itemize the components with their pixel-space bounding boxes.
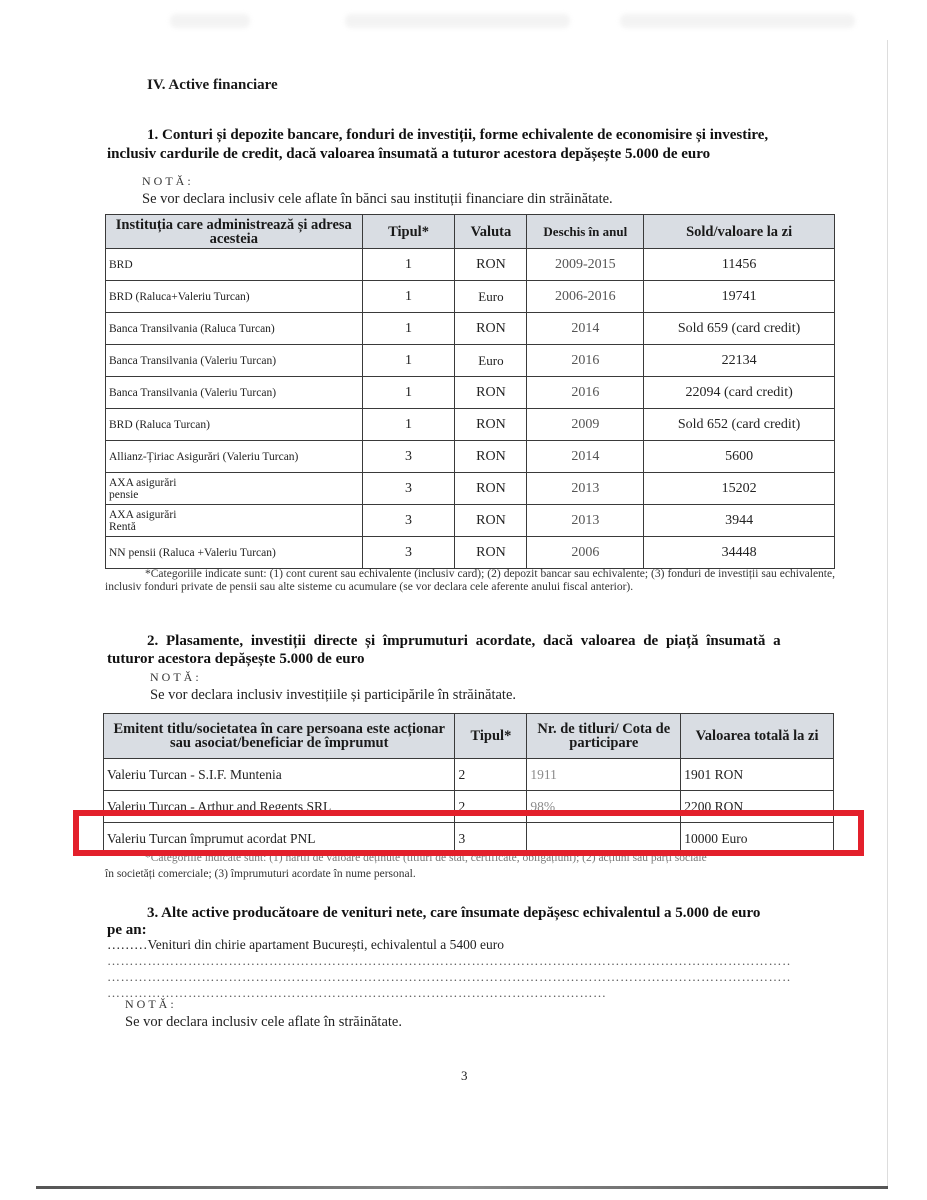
sub2-nota-text: Se vor declara inclusiv investițiile și … [150, 687, 516, 704]
cell-anul: 2014 [527, 441, 644, 473]
cell-valoare: 10000 Euro [681, 823, 834, 855]
cell-institutia-line1: AXA asigurări [109, 477, 359, 489]
cell-anul: 2013 [527, 505, 644, 537]
accounts-table: Instituția care administrează și adresa … [105, 214, 835, 569]
cell-tipul: 1 [362, 377, 455, 409]
page-number: 3 [461, 1068, 468, 1084]
sub1-nota-text: Se vor declara inclusiv cele aflate în b… [142, 191, 613, 208]
cell-anul: 2006-2016 [527, 281, 644, 313]
cell-anul: 2009-2015 [527, 249, 644, 281]
cell-tipul: 1 [362, 409, 455, 441]
cell-anul: 2006 [527, 537, 644, 569]
cell-tipul: 1 [362, 249, 455, 281]
table-row: AXA asigurăriRentă3RON20133944 [106, 505, 835, 537]
cell-sold: 5600 [644, 441, 835, 473]
header-anul: Deschis în anul [527, 215, 644, 249]
cell-nr [527, 823, 681, 855]
investments-table: Emitent titlu/societatea în care persoan… [103, 713, 834, 855]
sub3-nota-label: NOTĂ: [125, 997, 177, 1012]
cell-institutia: NN pensii (Raluca +Valeriu Turcan) [106, 537, 363, 569]
cell-institutia: Allianz-Țiriac Asigurări (Valeriu Turcan… [106, 441, 363, 473]
cell-institutia: AXA asigurăripensie [106, 473, 363, 505]
sub3-heading-line1: 3. Alte active producătoare de venituri … [147, 905, 760, 922]
cell-institutia: BRD (Raluca+Valeriu Turcan) [106, 281, 363, 313]
cell-valuta: RON [455, 249, 527, 281]
cell-tipul: 3 [362, 505, 455, 537]
cell-sold: 22134 [644, 345, 835, 377]
cell-anul: 2013 [527, 473, 644, 505]
sub1-nota-label: NOTĂ: [142, 174, 194, 189]
dotted-line: …………………………………………………………………………………………………………… [107, 953, 792, 969]
cell-emitent: Valeriu Turcan - Arthur and Regents SRL [104, 791, 455, 823]
cell-valuta: RON [455, 473, 527, 505]
cell-institutia: BRD (Raluca Turcan) [106, 409, 363, 441]
cell-sold: 34448 [644, 537, 835, 569]
table-row: Allianz-Țiriac Asigurări (Valeriu Turcan… [106, 441, 835, 473]
cell-sold: 22094 (card credit) [644, 377, 835, 409]
table-row: BRD (Raluca Turcan)1RON2009Sold 652 (car… [106, 409, 835, 441]
scan-smudge [345, 14, 570, 28]
sub3-nota-text: Se vor declara inclusiv cele aflate în s… [125, 1014, 402, 1031]
cell-anul: 2009 [527, 409, 644, 441]
header-tipul: Tipul* [362, 215, 455, 249]
cell-valuta: RON [455, 441, 527, 473]
cell-tipul: 2 [455, 791, 527, 823]
cell-institutia-line2: Rentă [109, 521, 359, 533]
scan-smudge [620, 14, 855, 28]
table-row: Banca Transilvania (Valeriu Turcan)1RON2… [106, 377, 835, 409]
sub1-heading-line2: inclusiv cardurile de credit, dacă valoa… [107, 146, 710, 163]
cell-anul: 2014 [527, 313, 644, 345]
table-row: Banca Transilvania (Valeriu Turcan)1Euro… [106, 345, 835, 377]
cell-nr: 1911 [527, 759, 681, 791]
header-valuta: Valuta [455, 215, 527, 249]
table-row: AXA asigurăripensie3RON201315202 [106, 473, 835, 505]
cell-tipul: 3 [455, 823, 527, 855]
table-row: BRD (Raluca+Valeriu Turcan)1Euro2006-201… [106, 281, 835, 313]
cell-valuta: Euro [455, 345, 527, 377]
sub2-nota-label: NOTĂ: [150, 670, 202, 685]
cell-tipul: 1 [362, 313, 455, 345]
dotted-line: …………………………………………………………………………………………………………… [107, 985, 607, 1001]
cell-valoare: 1901 RON [681, 759, 834, 791]
sub2-heading-line1: 2. Plasamente, investiții directe și împ… [147, 633, 781, 650]
cell-institutia: BRD [106, 249, 363, 281]
header-institutia: Instituția care administrează și adresa … [106, 215, 363, 249]
sub2-heading-line2: tuturor acestora depășește 5.000 de euro [107, 651, 364, 668]
cell-valoare: 2200 RON [681, 791, 834, 823]
table-row: BRD1RON2009-201511456 [106, 249, 835, 281]
sub1-heading-line1: 1. Conturi și depozite bancare, fonduri … [147, 127, 768, 144]
cell-valuta: RON [455, 537, 527, 569]
cell-tipul: 2 [455, 759, 527, 791]
table-row: Valeriu Turcan - Arthur and Regents SRL … [104, 791, 834, 823]
cell-sold: 3944 [644, 505, 835, 537]
cell-sold: 15202 [644, 473, 835, 505]
cell-valuta: RON [455, 409, 527, 441]
header-tipul: Tipul* [455, 714, 527, 759]
cell-institutia-line2: pensie [109, 489, 359, 501]
cell-institutia: AXA asigurăriRentă [106, 505, 363, 537]
header-sold: Sold/valoare la zi [644, 215, 835, 249]
page-bottom-edge [36, 1186, 888, 1189]
cell-valuta: RON [455, 505, 527, 537]
sub1-footnote: *Categoriile indicate sunt: (1) cont cur… [105, 568, 835, 594]
cell-sold: Sold 659 (card credit) [644, 313, 835, 345]
cell-nr: 98% [527, 791, 681, 823]
cell-emitent: Valeriu Turcan împrumut acordat PNL [104, 823, 455, 855]
header-valoare: Valoarea totală la zi [681, 714, 834, 759]
page-edge [887, 40, 888, 1188]
cell-tipul: 3 [362, 441, 455, 473]
cell-anul: 2016 [527, 345, 644, 377]
cell-anul: 2016 [527, 377, 644, 409]
cell-emitent: Valeriu Turcan - S.I.F. Muntenia [104, 759, 455, 791]
table-row: NN pensii (Raluca +Valeriu Turcan)3RON20… [106, 537, 835, 569]
cell-sold: 11456 [644, 249, 835, 281]
scan-smudge [170, 14, 250, 28]
table-row: Valeriu Turcan - S.I.F. Muntenia 2 1911 … [104, 759, 834, 791]
sub3-entry: ………Venituri din chirie apartament Bucure… [107, 937, 504, 953]
cell-valuta: RON [455, 377, 527, 409]
header-nr-titluri: Nr. de titluri/ Cota de participare [527, 714, 681, 759]
cell-valuta: RON [455, 313, 527, 345]
cell-tipul: 3 [362, 473, 455, 505]
table-row: Banca Transilvania (Raluca Turcan)1RON20… [106, 313, 835, 345]
sub2-footnote-line1: *Categoriile indicate sunt: (1) hârtii d… [145, 852, 707, 865]
dotted-line: …………………………………………………………………………………………………………… [107, 969, 792, 985]
section-title: IV. Active financiare [147, 77, 278, 94]
cell-tipul: 1 [362, 281, 455, 313]
cell-sold: Sold 652 (card credit) [644, 409, 835, 441]
cell-institutia: Banca Transilvania (Valeriu Turcan) [106, 377, 363, 409]
table-row-highlighted: Valeriu Turcan împrumut acordat PNL 3 10… [104, 823, 834, 855]
cell-tipul: 3 [362, 537, 455, 569]
sub2-footnote-line2: în societăți comerciale; (3) împrumuturi… [105, 868, 416, 881]
cell-institutia-line1: AXA asigurări [109, 509, 359, 521]
header-emitent: Emitent titlu/societatea în care persoan… [104, 714, 455, 759]
cell-sold: 19741 [644, 281, 835, 313]
cell-tipul: 1 [362, 345, 455, 377]
cell-valuta: Euro [455, 281, 527, 313]
cell-institutia: Banca Transilvania (Valeriu Turcan) [106, 345, 363, 377]
cell-institutia: Banca Transilvania (Raluca Turcan) [106, 313, 363, 345]
